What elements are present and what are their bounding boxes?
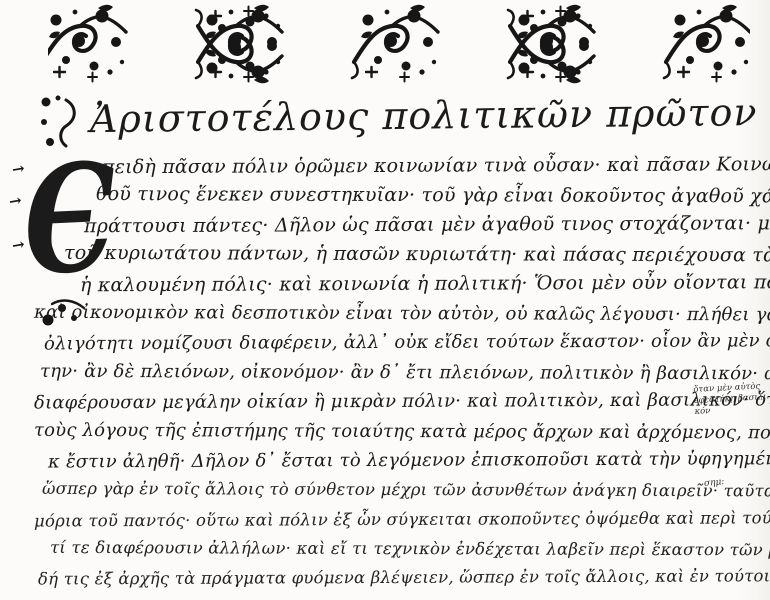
headpiece-vine-ornament-icon [48,4,750,86]
margin-diple-arrow-icon: → [11,235,27,255]
body-line: τοῦ κυριωτάτου πάντων, ἡ πασῶν κυριωτάτη… [34,239,726,271]
body-line: τί τε διαφέρουσιν ἀλλήλων· καὶ εἴ τι τεχ… [34,533,726,565]
body-line: καὶ οἰκονομικὸν καὶ δεσποτικὸν εἶναι τὸν… [34,298,726,330]
margin-note-omission-insertion: ὅταν μὲν αὐτὸς ἐφεστήκῃ βασιλι κόν [693,381,769,418]
body-line: ὥσπερ γὰρ ἐν τοῖς ἄλλοις τὸ σύνθετον μέχ… [34,474,726,506]
body-line: ὀλιγότητι νομίζουσι διαφέρειν, ἀλλ᾽ οὐκ … [34,327,726,359]
page-title: Ἀριστοτέλους πολιτικῶν πρῶτον [90,90,758,141]
body-line: κ ἔστιν ἀληθῆ· Δῆλον δ᾽ ἔσται τὸ λεγόμεν… [34,444,726,476]
manuscript-page: Ἀριστοτέλους πολιτικῶν πρῶτον:~ Є πειδὴ … [0,0,770,600]
margin-note-gloss: σημ: [704,477,725,489]
body-line: δή τις ἐξ ἀρχῆς τὰ πράγματα φυόμενα βλέψ… [34,562,726,594]
margin-note-line: σημ: [704,477,725,489]
body-line: ἡ καλουμένη πόλις· καὶ κοινωνία ἡ πολιτι… [34,268,726,300]
body-line: πειδὴ πᾶσαν πόλιν ὁρῶμεν κοινωνίαν τινὰ … [34,150,726,182]
body-line: τοὺς λόγους τῆς ἐπιστήμης τῆς τοιαύτης κ… [34,415,726,447]
margin-diple-arrow-icon: → [11,159,27,179]
margin-diple-arrow-icon: → [8,191,24,211]
body-line: θοῦ τινος ἕνεκεν συνεστηκυῖαν· τοῦ γὰρ ε… [34,180,726,212]
body-line: μόρια τοῦ παντός· οὕτω καὶ πόλιν ἐξ ὧν σ… [34,503,726,535]
body-line: την· ἂν δὲ πλειόνων, οἰκονόμον· ἂν δ᾽ ἔτ… [34,357,726,389]
body-text-block: πειδὴ πᾶσαν πόλιν ὁρῶμεν κοινωνίαν τινὰ … [34,152,726,593]
body-line: πράττουσι πάντες· Δῆλον ὡς πᾶσαι μὲν ἀγα… [34,209,726,241]
title-row: Ἀριστοτέλους πολιτικῶν πρῶτον:~ [90,91,690,141]
body-line: διαφέρουσαν μεγάλην οἰκίαν ἢ μικρὰν πόλι… [34,386,726,418]
